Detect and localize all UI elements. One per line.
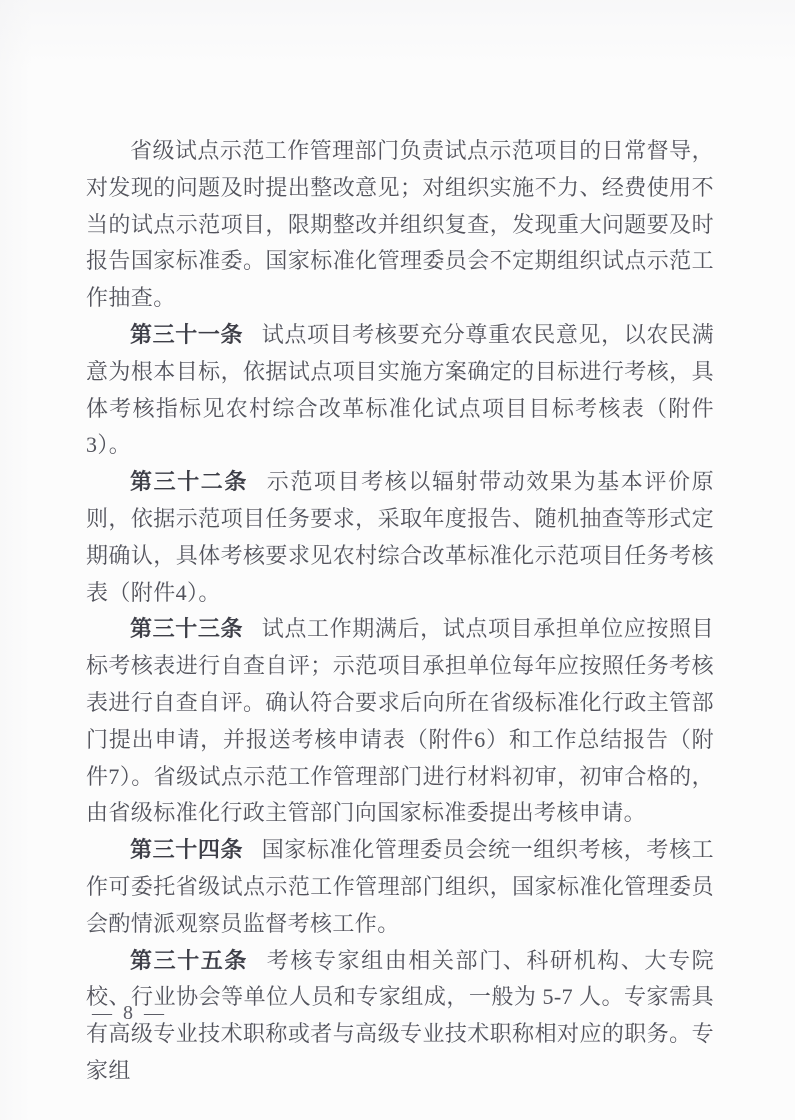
article-heading: 第三十三条 — [130, 616, 243, 641]
paragraph-text: 试点工作期满后，试点项目承担单位应按照目标考核表进行自查自评；示范项目承担单位每… — [86, 616, 714, 825]
paragraph: 第三十一条试点项目考核要充分尊重农民意见，以农民满意为根本目标，依据试点项目实施… — [86, 317, 714, 464]
article-heading: 第三十五条 — [130, 948, 248, 973]
paragraph: 第三十五条考核专家组由相关部门、科研机构、大专院校、行业协会等单位人员和专家组成… — [86, 943, 714, 1090]
paragraph: 第三十四条国家标准化管理委员会统一组织考核，考核工作可委托省级试点示范工作管理部… — [86, 832, 714, 942]
article-heading: 第三十一条 — [130, 322, 243, 347]
paragraph: 第三十二条示范项目考核以辐射带动效果为基本评价原则，依据示范项目任务要求，采取年… — [86, 464, 714, 611]
article-heading: 第三十四条 — [130, 837, 243, 862]
document-body: 省级试点示范工作管理部门负责试点示范项目的日常督导，对发现的问题及时提出整改意见… — [86, 133, 714, 1090]
paragraph: 第三十三条试点工作期满后，试点项目承担单位应按照目标考核表进行自查自评；示范项目… — [86, 611, 714, 832]
paragraph-text: 省级试点示范工作管理部门负责试点示范项目的日常督导，对发现的问题及时提出整改意见… — [86, 138, 714, 310]
paragraph: 省级试点示范工作管理部门负责试点示范项目的日常督导，对发现的问题及时提出整改意见… — [86, 133, 714, 317]
article-heading: 第三十二条 — [130, 469, 248, 494]
page-number: — 8 — — [92, 998, 167, 1028]
document-page: 省级试点示范工作管理部门负责试点示范项目的日常督导，对发现的问题及时提出整改意见… — [0, 0, 795, 1120]
